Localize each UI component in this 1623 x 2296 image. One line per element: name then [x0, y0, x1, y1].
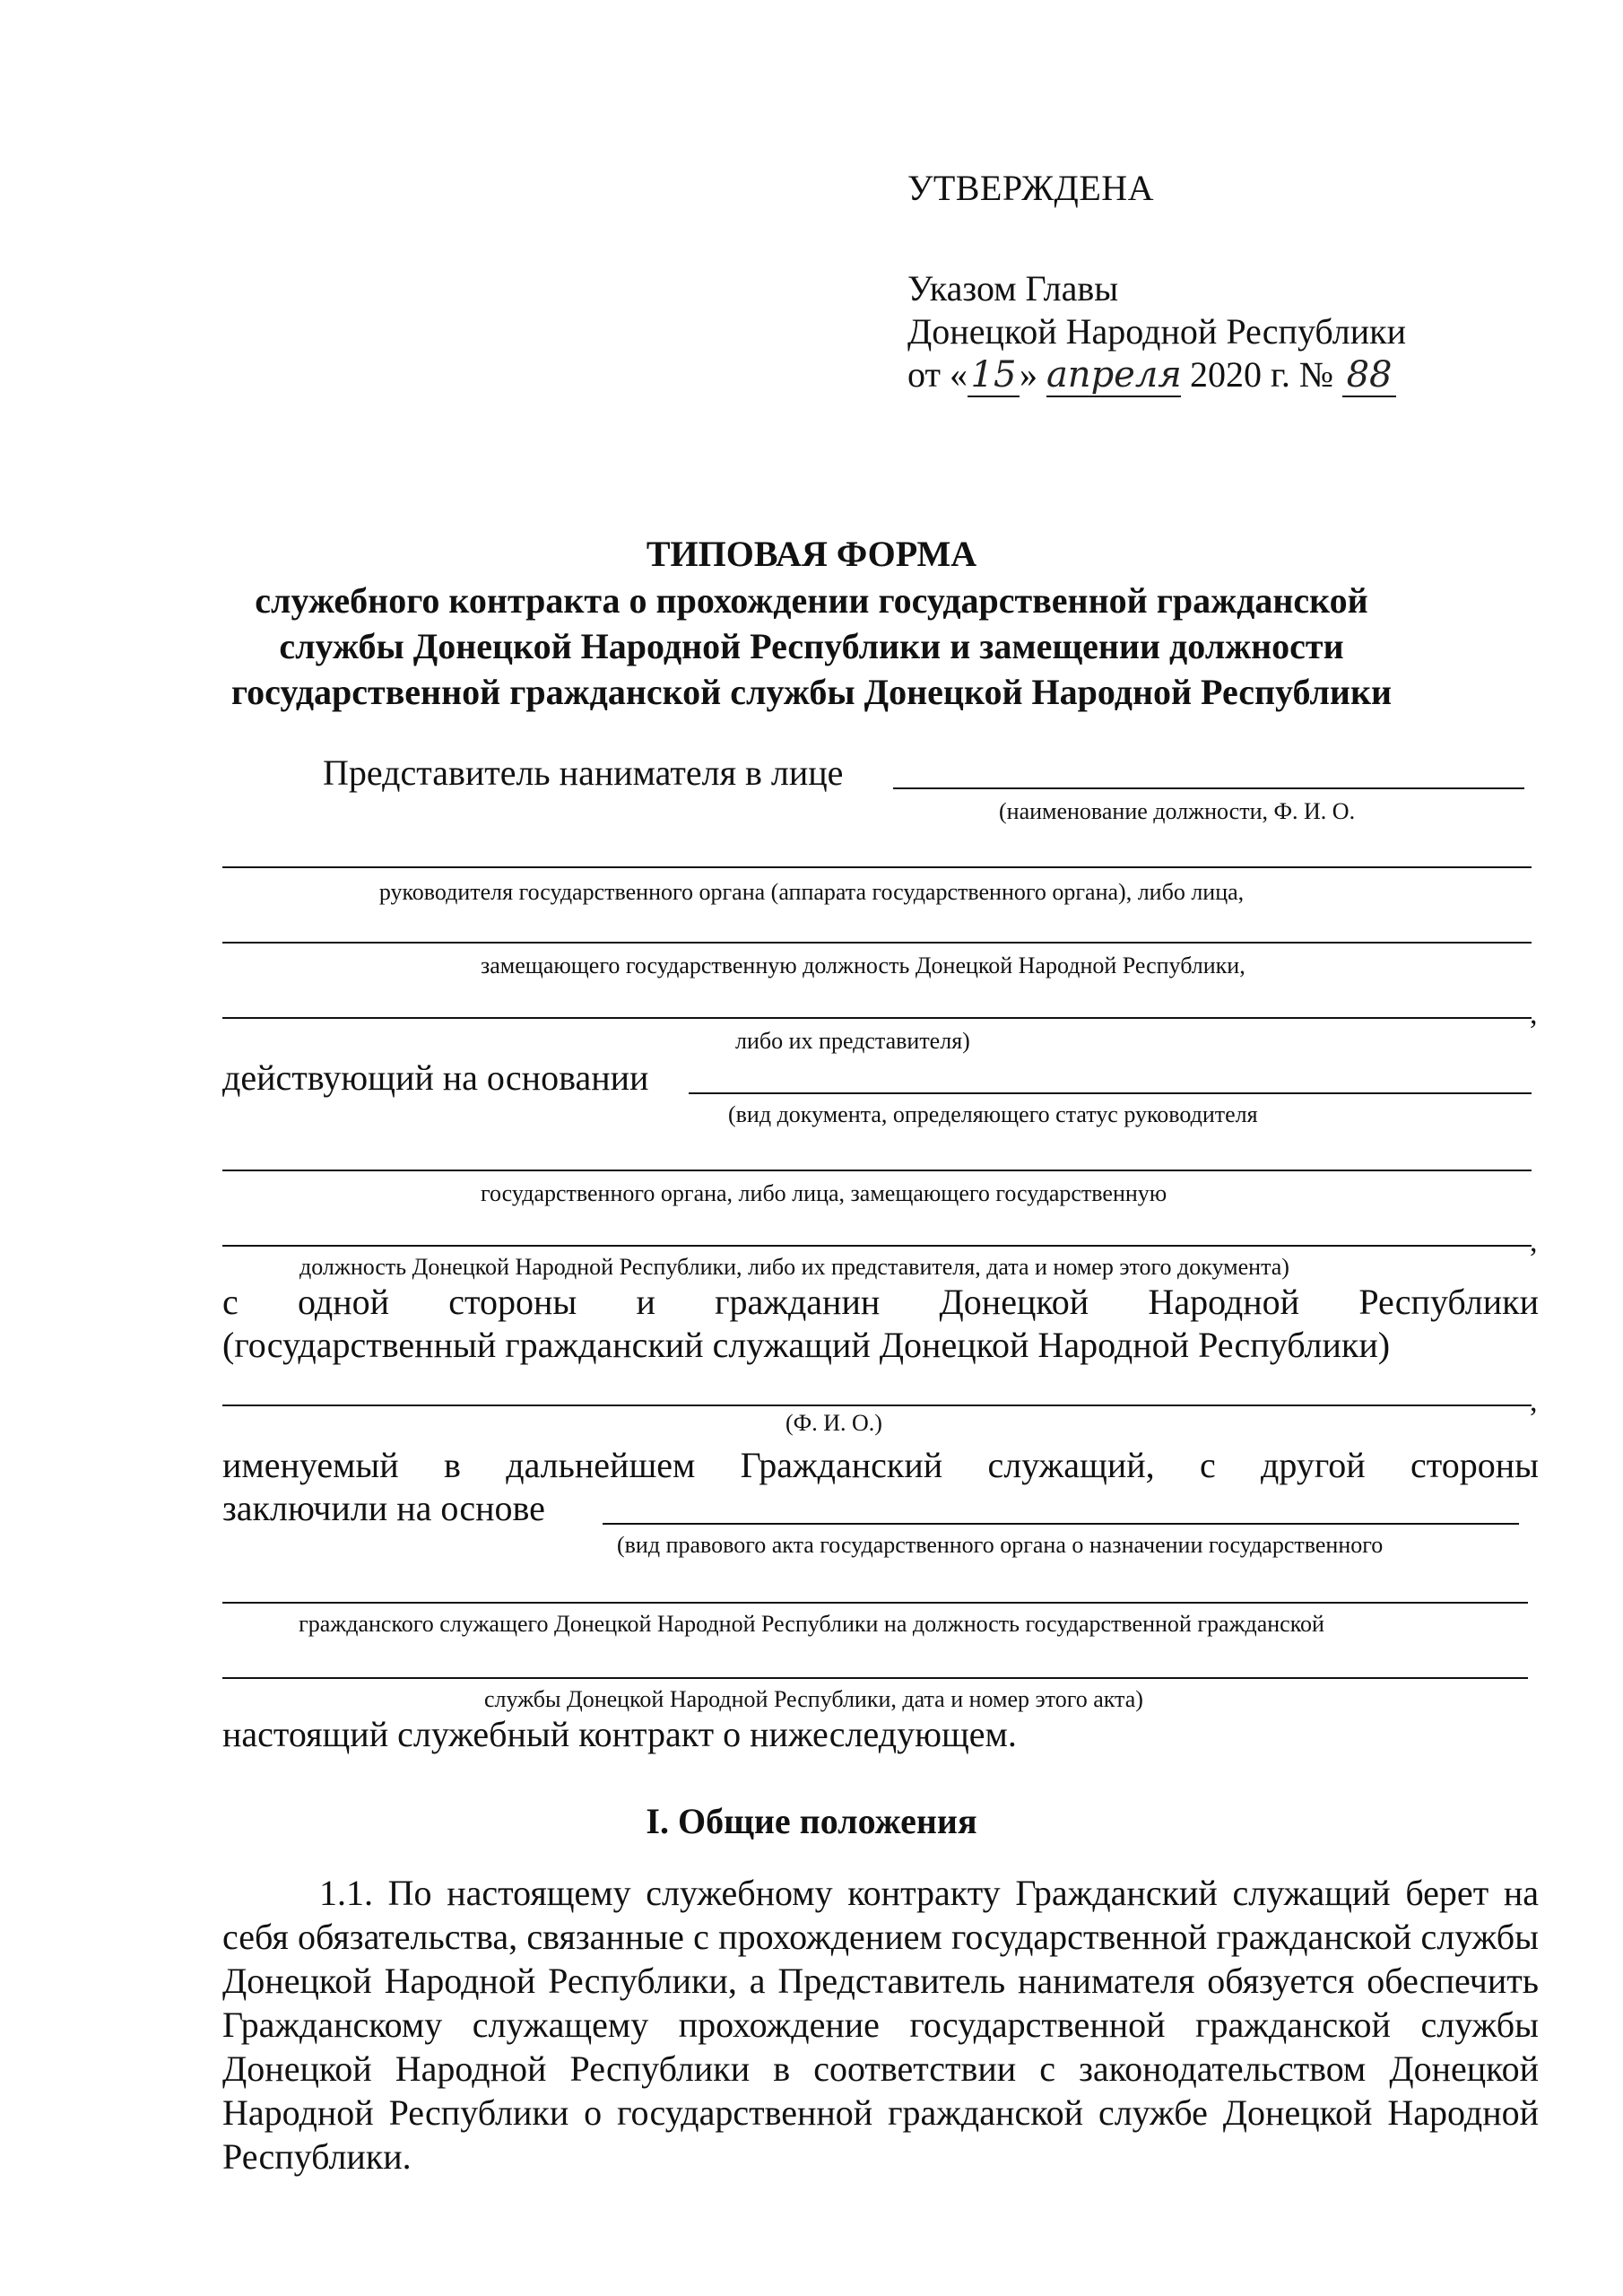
decree-date-line: от «15» апреля 2020 г. № 88 — [907, 353, 1396, 397]
caption-appointment: гражданского служащего Донецкой Народной… — [0, 1611, 1623, 1638]
representative-field-line-4[interactable] — [222, 1017, 1532, 1019]
date-quote-close: » — [1020, 354, 1037, 395]
representative-field-line-2[interactable] — [222, 866, 1532, 868]
acting-basis-label: действующий на основании — [222, 1057, 648, 1099]
representative-field[interactable] — [893, 787, 1524, 789]
caption-representatives: либо их представителя) — [735, 1028, 970, 1055]
date-prefix: от « — [907, 354, 968, 395]
caption-head-of-agency: руководителя государственного органа (ап… — [0, 879, 1623, 906]
caption-legal-act: (вид правового акта государственного орг… — [617, 1532, 1383, 1559]
paragraph-1-1: 1.1. По настоящему служебному контракту … — [222, 1871, 1539, 2179]
comma: , — [1530, 1385, 1538, 1419]
comma: , — [1530, 1225, 1538, 1259]
section-heading: I. Общие положения — [0, 1800, 1623, 1842]
acting-basis-field[interactable] — [689, 1092, 1532, 1094]
closing-line: настоящий служебный контракт о нижеследу… — [222, 1713, 1017, 1755]
civil-servant-name-field[interactable] — [222, 1405, 1532, 1406]
concluded-label: заключили на основе — [222, 1487, 545, 1529]
document-subtitle-line-3: государственной гражданской службы Донец… — [0, 671, 1623, 713]
caption-act-date-number: службы Донецкой Народной Республики, дат… — [484, 1686, 1143, 1713]
acting-basis-field-line-2[interactable] — [222, 1170, 1532, 1171]
acting-basis-field-line-3[interactable] — [222, 1245, 1532, 1247]
caption-full-name: (Ф. И. О.) — [785, 1410, 882, 1437]
caption-document-type: (вид документа, определяющего статус рук… — [728, 1101, 1258, 1128]
representative-label: Представитель нанимателя в лице — [323, 752, 843, 794]
legal-act-field-line-3[interactable] — [222, 1677, 1528, 1679]
decree-line-2: Донецкой Народной Республики — [907, 310, 1406, 352]
party-line-1: с одной стороны и гражданин Донецкой Нар… — [222, 1281, 1539, 1323]
handwritten-month: апреля — [1046, 354, 1181, 397]
document-subtitle-line-1: служебного контракта о прохождении госуд… — [0, 579, 1623, 622]
decree-line-1: Указом Главы — [907, 267, 1118, 309]
caption-agency-or-person: государственного органа, либо лица, заме… — [481, 1180, 1167, 1207]
caption-substitute: замещающего государственную должность До… — [481, 952, 1245, 979]
comma: , — [1530, 997, 1538, 1031]
party-line-2: (государственный гражданский служащий До… — [222, 1324, 1390, 1366]
handwritten-decree-number: 88 — [1342, 354, 1396, 397]
caption-position-name: (наименование должности, Ф. И. О. — [999, 798, 1355, 825]
handwritten-day: 15 — [968, 354, 1020, 397]
document-title: ТИПОВАЯ ФОРМА — [0, 533, 1623, 575]
caption-document-date-number: должность Донецкой Народной Республики, … — [299, 1254, 1289, 1281]
named-line: именуемый в дальнейшем Гражданский служа… — [222, 1444, 1539, 1486]
date-year: 2020 г. № — [1190, 354, 1333, 395]
representative-field-line-3[interactable] — [222, 942, 1532, 944]
legal-act-field[interactable] — [603, 1523, 1519, 1525]
document-subtitle-line-2: службы Донецкой Народной Республики и за… — [0, 625, 1623, 667]
approval-stamp: УТВЕРЖДЕНА — [907, 167, 1154, 209]
legal-act-field-line-2[interactable] — [222, 1602, 1528, 1604]
